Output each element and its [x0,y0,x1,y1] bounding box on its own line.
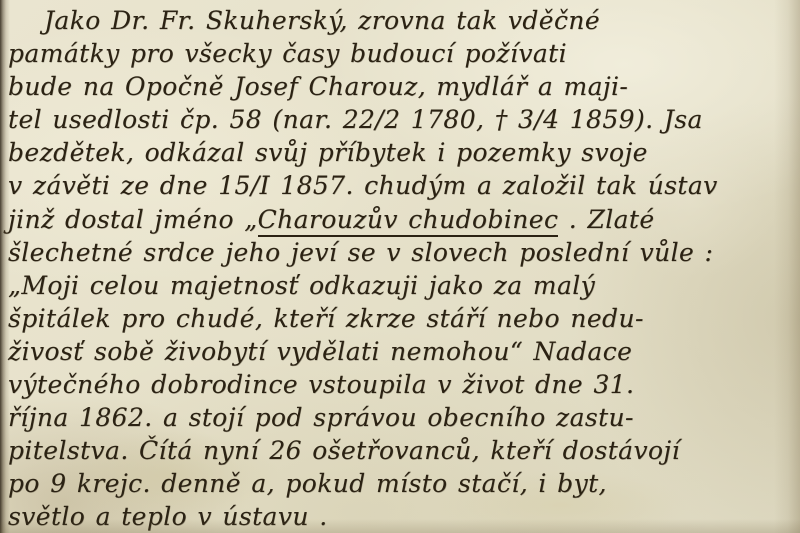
manuscript-line: živosť sobě živobytí vydělati nemohou“ N… [8,335,800,368]
manuscript-line: října 1862. a stojí pod správou obecního… [8,401,800,434]
manuscript-page: Jako Dr. Fr. Skuherský, zrovna tak vděčn… [0,0,800,533]
manuscript-line: jinž dostal jméno „Charouzův chudobinec … [8,203,800,236]
handwritten-text-block: Jako Dr. Fr. Skuherský, zrovna tak vděčn… [8,4,800,533]
line-text-after-title: . Zlaté [558,205,654,234]
manuscript-line: špitálek pro chudé, kteří zkrze stáří ne… [8,302,800,335]
manuscript-line: světlo a teplo v ústavu . [8,500,800,533]
manuscript-line: bezdětek, odkázal svůj příbytek i pozemk… [8,136,800,169]
manuscript-line: památky pro všecky časy budoucí požívati [8,37,800,70]
manuscript-line: bude na Opočně Josef Charouz, mydlář a m… [8,70,800,103]
manuscript-line: výtečného dobrodince vstoupila v život d… [8,368,800,401]
manuscript-line: po 9 krejc. denně a, pokud místo stačí, … [8,467,800,500]
manuscript-line: pitelstva. Čítá nyní 26 ošetřovanců, kte… [8,434,800,467]
manuscript-line: šlechetné srdce jeho jeví se v slovech p… [8,236,800,269]
line-text-before-title: jinž dostal jméno „ [8,205,258,234]
manuscript-line: tel usedlosti čp. 58 (nar. 22/2 1780, † … [8,103,800,136]
manuscript-line: v závěti ze dne 15/I 1857. chudým a zalo… [8,169,800,202]
underlined-almshouse-name: Charouzův chudobinec [258,205,559,237]
manuscript-line: „Moji celou majetnosť odkazuji jako za m… [8,269,800,302]
manuscript-line: Jako Dr. Fr. Skuherský, zrovna tak vděčn… [8,4,800,37]
